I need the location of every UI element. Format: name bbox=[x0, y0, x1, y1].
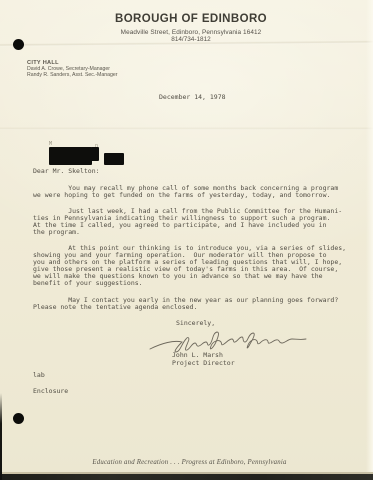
letterhead-office-block: CITY HALL David A. Crowe, Secretary-Mana… bbox=[27, 60, 118, 78]
enclosure-note: Enclosure bbox=[33, 388, 68, 395]
paper-crease bbox=[0, 127, 373, 130]
typist-initials: lab bbox=[33, 372, 45, 379]
signer-name: John L. Marsh bbox=[172, 352, 223, 359]
scan-edge-left bbox=[0, 393, 2, 480]
footer-slogan: Education and Recreation . . . Progress … bbox=[0, 459, 373, 466]
paragraph-1: You may recall my phone call of some mon… bbox=[33, 185, 338, 199]
redaction-remnant-left: M bbox=[49, 141, 52, 147]
salutation: Dear Mr. Skelton: bbox=[33, 168, 100, 175]
paragraph-3: At this point our thinking is to introdu… bbox=[33, 245, 346, 288]
paper-right-edge bbox=[366, 0, 373, 480]
letterhead-org-name: BOROUGH OF EDINBORO bbox=[0, 13, 373, 25]
hole-punch-bottom-icon bbox=[13, 413, 24, 424]
redaction-block-name-step bbox=[91, 147, 99, 161]
paragraph-4: May I contact you early in the new year … bbox=[33, 297, 338, 311]
letterhead-address: Meadville Street, Edinboro, Pennsylvania… bbox=[0, 29, 373, 36]
closing-sincerely: Sincerely, bbox=[176, 320, 215, 327]
scan-edge-bottom bbox=[0, 474, 373, 480]
signer-title: Project Director bbox=[172, 360, 235, 367]
scanned-letter-page: BOROUGH OF EDINBORO Meadville Street, Ed… bbox=[0, 0, 373, 480]
official-asst-secretary-manager: Randy R. Sanders, Asst. Sec.-Manager bbox=[27, 72, 118, 78]
redaction-block-address bbox=[104, 153, 124, 165]
letterhead-phone: 814/734-1812 bbox=[0, 36, 373, 43]
paragraph-2: Just last week, I had a call from the Pu… bbox=[33, 208, 342, 237]
redaction-block-name bbox=[49, 147, 92, 166]
letter-date: December 14, 1978 bbox=[159, 94, 226, 101]
